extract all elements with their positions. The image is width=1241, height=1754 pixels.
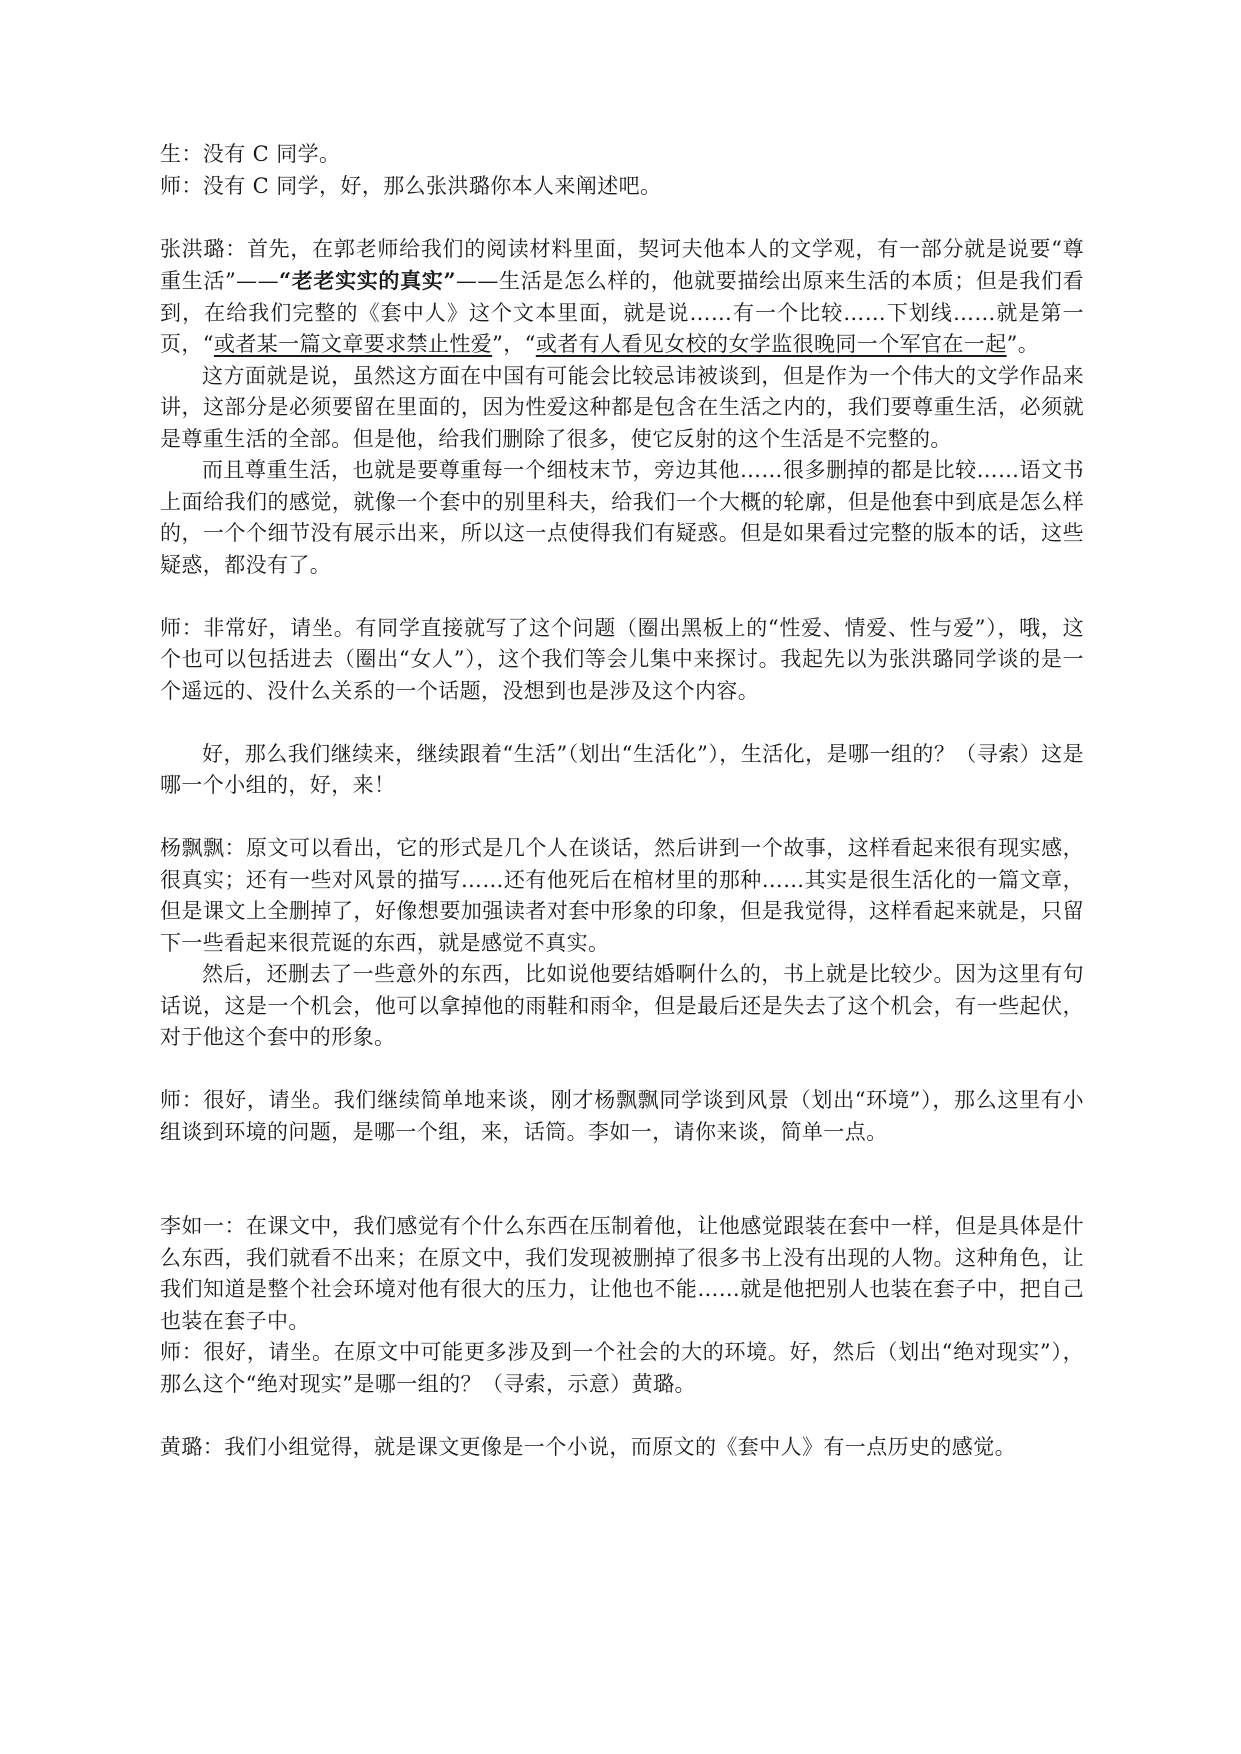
spacer bbox=[160, 202, 1084, 234]
underlined-quote: 或者某一篇文章要求禁止性爱 bbox=[214, 332, 492, 356]
paragraph-student-reply: 生：没有 C 同学。 bbox=[160, 139, 1084, 171]
paragraph-zhang-speech: 张洪璐：首先，在郭老师给我们的阅读材料里面，契诃夫他本人的文学观，有一部分就是说… bbox=[160, 234, 1084, 361]
paragraph-huang-speech: 黄璐：我们小组觉得，就是课文更像是一个小说，而原文的《套中人》有一点历史的感觉。 bbox=[160, 1432, 1084, 1464]
paragraph-yang-speech: 杨飘飘：原文可以看出，它的形式是几个人在谈话，然后讲到一个故事，这样看起来很有现… bbox=[160, 833, 1084, 959]
paragraph-zhang-continued-1: 这方面就是说，虽然这方面在中国有可能会比较忌讳被谈到，但是作为一个伟大的文学作品… bbox=[160, 361, 1084, 456]
spacer bbox=[160, 1400, 1084, 1432]
paragraph-teacher-environment: 师：很好，请坐。我们继续简单地来谈，刚才杨飘飘同学谈到风景（划出“环境”），那么… bbox=[160, 1085, 1084, 1148]
paragraph-teacher-reality: 师：很好，请坐。在原文中可能更多涉及到一个社会的大的环境。好，然后（划出“绝对现… bbox=[160, 1337, 1084, 1400]
paragraph-teacher-continue: 好，那么我们继续来，继续跟着“生活”（划出“生活化”），生活化，是哪一组的？（寻… bbox=[160, 739, 1084, 802]
spacer bbox=[160, 707, 1084, 739]
paragraph-teacher-invite: 师：没有 C 同学，好，那么张洪璐你本人来阐述吧。 bbox=[160, 171, 1084, 203]
spacer bbox=[160, 581, 1084, 613]
text-segment: ”。 bbox=[1007, 332, 1040, 356]
underlined-quote: 或者有人看见女校的女学监很晚同一个军官在一起 bbox=[536, 332, 1007, 356]
spacer bbox=[160, 1054, 1084, 1086]
document-page: 生：没有 C 同学。 师：没有 C 同学，好，那么张洪璐你本人来阐述吧。 张洪璐… bbox=[160, 139, 1084, 1463]
spacer bbox=[160, 802, 1084, 834]
paragraph-zhang-continued-2: 而且尊重生活，也就是要尊重每一个细枝末节，旁边其他……很多删掉的都是比较……语文… bbox=[160, 455, 1084, 581]
paragraph-li-speech: 李如一：在课文中，我们感觉有个什么东西在压制着他，让他感觉跟装在套中一样，但是具… bbox=[160, 1211, 1084, 1337]
spacer bbox=[160, 1148, 1084, 1211]
bold-quote: “老老实实的真实” bbox=[279, 268, 456, 293]
text-segment: ”，“ bbox=[492, 332, 536, 356]
paragraph-yang-continued: 然后，还删去了一些意外的东西，比如说他要结婚啊什么的，书上就是比较少。因为这里有… bbox=[160, 959, 1084, 1054]
paragraph-teacher-comment: 师：非常好，请坐。有同学直接就写了这个问题（圈出黑板上的“性爱、情爱、性与爱”）… bbox=[160, 613, 1084, 708]
